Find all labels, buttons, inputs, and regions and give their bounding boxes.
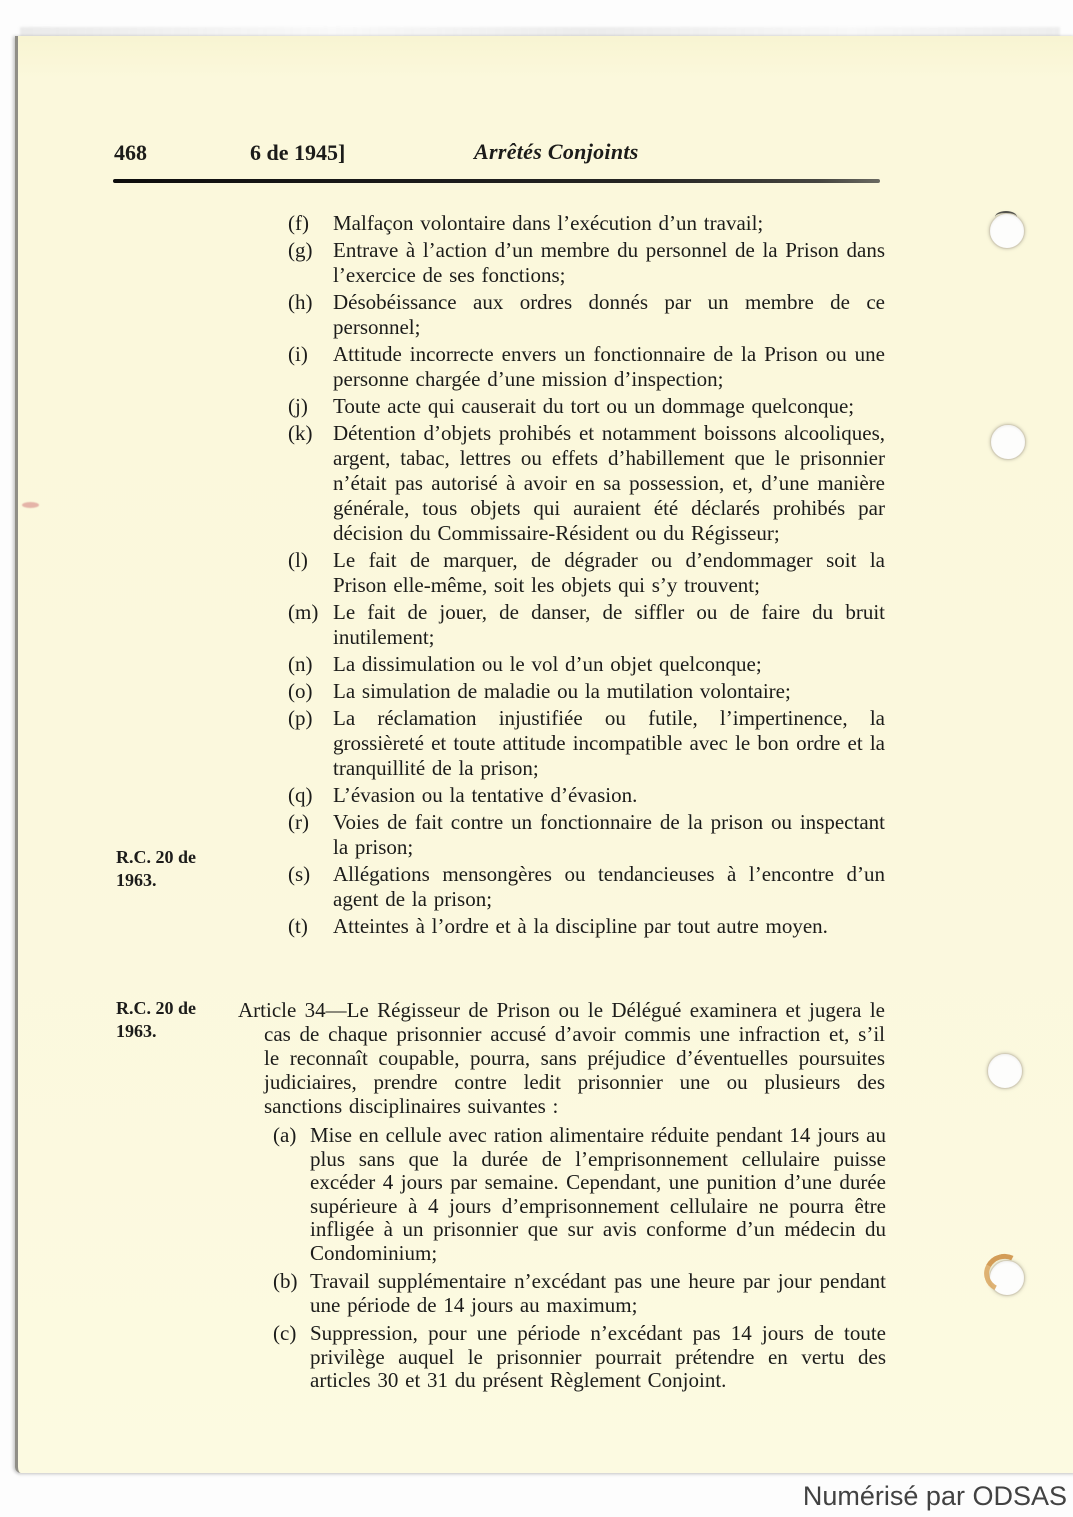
margin-note-rc-1963-first: R.C. 20 de 1963. bbox=[116, 846, 208, 892]
item-text: Suppression, pour une période n’excédant… bbox=[310, 1322, 886, 1393]
item-text: Allégations mensongères ou tendancieuses… bbox=[333, 862, 885, 912]
item-label: (m) bbox=[288, 600, 333, 625]
item-label: (o) bbox=[288, 679, 333, 704]
list-item: (o)La simulation de maladie ou la mutila… bbox=[288, 679, 885, 704]
list-item: (h)Désobéissance aux ordres donnés par u… bbox=[288, 290, 885, 340]
header-rule bbox=[113, 179, 880, 183]
item-text: Désobéissance aux ordres donnés par un m… bbox=[333, 290, 885, 340]
list-item: (l)Le fait de marquer, de dégrader ou d’… bbox=[288, 548, 885, 598]
item-text: Travail supplémentaire n’excédant pas un… bbox=[310, 1270, 886, 1317]
item-label: (h) bbox=[288, 290, 333, 315]
margin-note-rc-1963-second: R.C. 20 de 1963. bbox=[116, 997, 208, 1043]
page-number: 468 bbox=[114, 140, 147, 166]
item-label: (k) bbox=[288, 421, 333, 446]
item-label: (c) bbox=[273, 1322, 310, 1346]
list-item: (j)Toute acte qui causerait du tort ou u… bbox=[288, 394, 885, 419]
list-item: (n)La dissimulation ou le vol d’un objet… bbox=[288, 652, 885, 677]
list-item: (p)La réclamation injustifiée ou futile,… bbox=[288, 706, 885, 781]
item-text: L’évasion ou la tentative d’évasion. bbox=[333, 783, 885, 808]
item-text: Malfaçon volontaire dans l’exécution d’u… bbox=[333, 211, 885, 236]
binder-hole-3 bbox=[987, 1053, 1023, 1089]
binder-hole-2 bbox=[990, 424, 1026, 460]
item-text: Voies de fait contre un fonctionnaire de… bbox=[333, 810, 885, 860]
item-label: (t) bbox=[288, 914, 333, 939]
item-label: (i) bbox=[288, 342, 333, 367]
item-label: (g) bbox=[288, 238, 333, 263]
binder-hole-1 bbox=[989, 213, 1025, 249]
list-item: (b)Travail supplémentaire n’excédant pas… bbox=[273, 1270, 886, 1317]
item-label: (l) bbox=[288, 548, 333, 573]
article-34-lead-paragraph: Article 34—Le Régisseur de Prison ou le … bbox=[238, 998, 885, 1118]
sanctions-list: (a)Mise en cellule avec ration alimentai… bbox=[273, 1124, 886, 1398]
scanned-document-page: 468 6 de 1945] Arrêtés Conjoints R.C. 20… bbox=[0, 0, 1073, 1517]
item-text: Toute acte qui causerait du tort ou un d… bbox=[333, 394, 885, 419]
item-text: La simulation de maladie ou la mutilatio… bbox=[333, 679, 885, 704]
item-label: (r) bbox=[288, 810, 333, 835]
running-title: Arrêtés Conjoints bbox=[474, 139, 639, 165]
item-text: Détention d’objets prohibés et notamment… bbox=[333, 421, 885, 546]
item-label: (q) bbox=[288, 783, 333, 808]
item-text: La réclamation injustifiée ou futile, l’… bbox=[333, 706, 885, 781]
list-item: (i)Attitude incorrecte envers un fonctio… bbox=[288, 342, 885, 392]
list-item: (r)Voies de fait contre un fonctionnaire… bbox=[288, 810, 885, 860]
list-item: (g)Entrave à l’action d’un membre du per… bbox=[288, 238, 885, 288]
item-text: Le fait de marquer, de dégrader ou d’end… bbox=[333, 548, 885, 598]
list-item: (q)L’évasion ou la tentative d’évasion. bbox=[288, 783, 885, 808]
item-label: (s) bbox=[288, 862, 333, 887]
item-text: Mise en cellule avec ration alimentaire … bbox=[310, 1124, 886, 1265]
item-label: (b) bbox=[273, 1270, 310, 1294]
list-item: (m)Le fait de jouer, de danser, de siffl… bbox=[288, 600, 885, 650]
item-label: (f) bbox=[288, 211, 333, 236]
item-text: Attitude incorrecte envers un fonctionna… bbox=[333, 342, 885, 392]
item-label: (p) bbox=[288, 706, 333, 731]
item-text: Le fait de jouer, de danser, de siffler … bbox=[333, 600, 885, 650]
list-item: (t)Atteintes à l’ordre et à la disciplin… bbox=[288, 914, 885, 939]
item-label: (a) bbox=[273, 1124, 310, 1148]
list-item: (a)Mise en cellule avec ration alimentai… bbox=[273, 1124, 886, 1265]
issue-reference: 6 de 1945] bbox=[250, 140, 345, 166]
scan-credit-text: Numérisé par ODSAS bbox=[803, 1481, 1067, 1512]
binder-hole-4 bbox=[989, 1260, 1025, 1296]
item-label: (n) bbox=[288, 652, 333, 677]
article-34-section: Article 34—Le Régisseur de Prison ou le … bbox=[238, 998, 885, 1118]
item-text: La dissimulation ou le vol d’un objet qu… bbox=[333, 652, 885, 677]
pink-ink-artifact bbox=[22, 502, 39, 508]
list-item: (s)Allégations mensongères ou tendancieu… bbox=[288, 862, 885, 912]
item-label: (j) bbox=[288, 394, 333, 419]
list-item: (k)Détention d’objets prohibés et notamm… bbox=[288, 421, 885, 546]
list-item: (c)Suppression, pour une période n’excéd… bbox=[273, 1322, 886, 1393]
item-text: Atteintes à l’ordre et à la discipline p… bbox=[333, 914, 885, 939]
offence-list: (f)Malfaçon volontaire dans l’exécution … bbox=[288, 211, 885, 941]
list-item: (f)Malfaçon volontaire dans l’exécution … bbox=[288, 211, 885, 236]
item-text: Entrave à l’action d’un membre du person… bbox=[333, 238, 885, 288]
